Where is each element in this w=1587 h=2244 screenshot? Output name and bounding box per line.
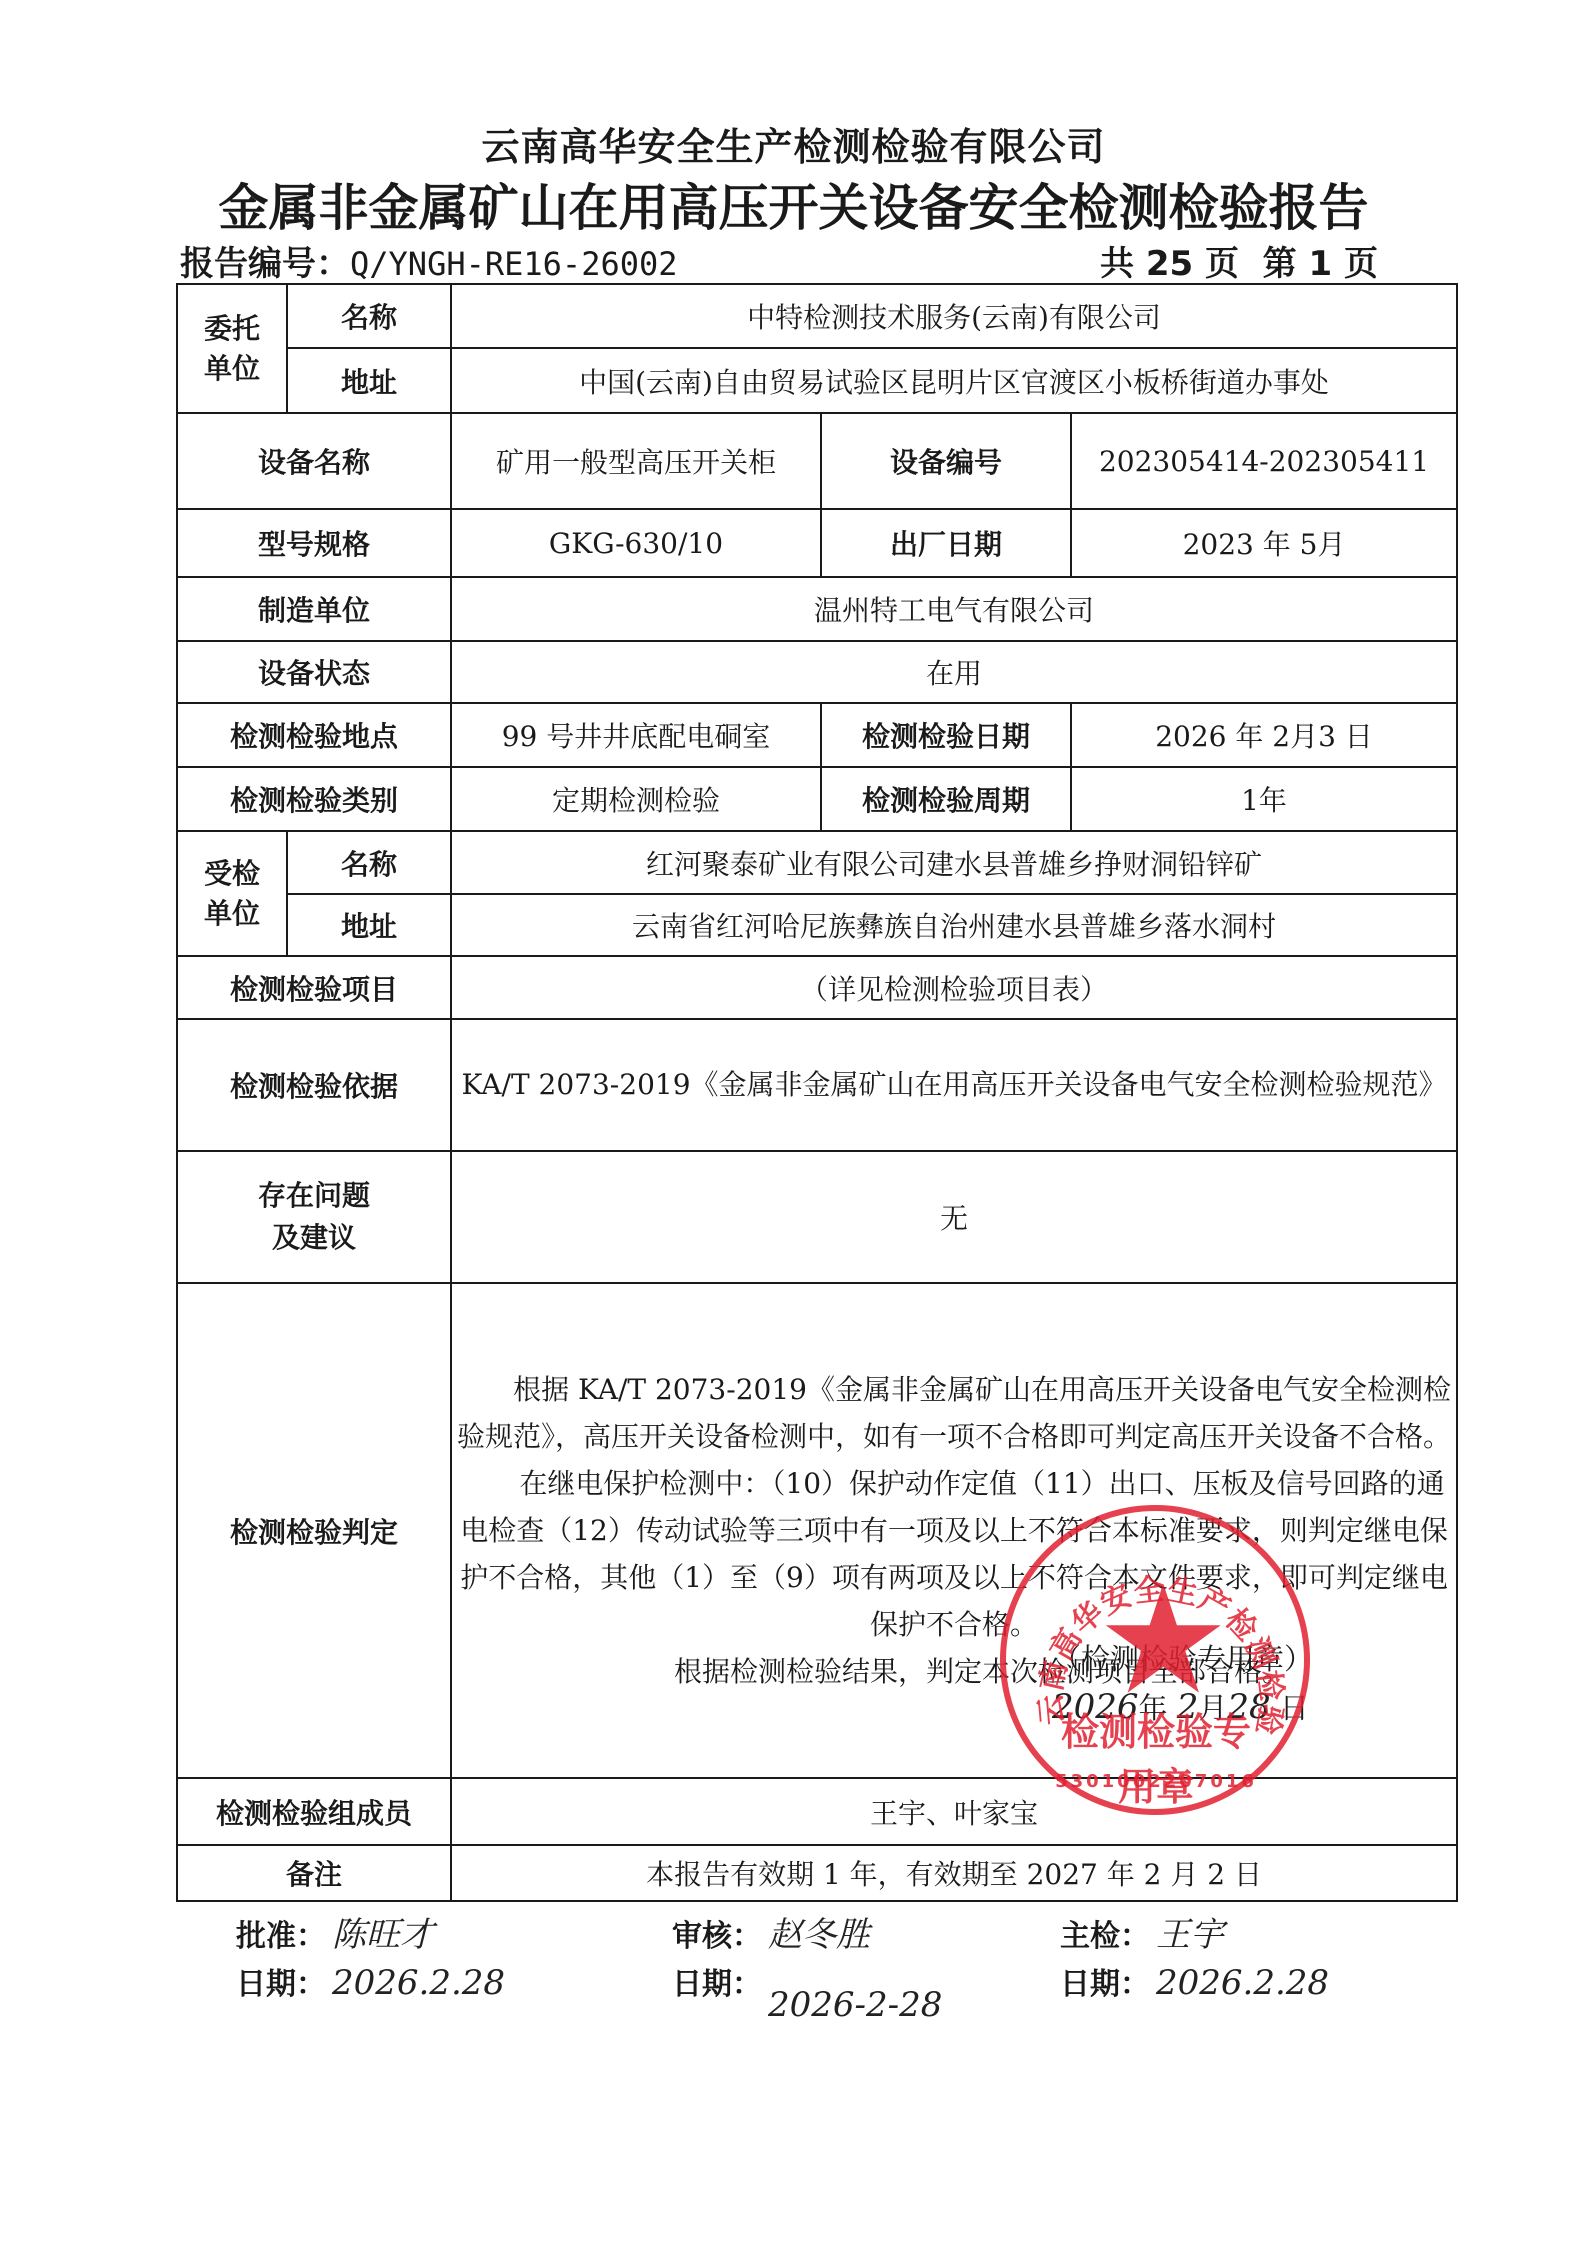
client-name: 中特检测技术服务(云南)有限公司 [451,284,1457,348]
items-label: 检测检验项目 [177,956,451,1019]
problems-value: 无 [451,1151,1457,1283]
inspected-address: 云南省红河哈尼族彝族自治州建水县普雄乡落水洞村 [451,894,1457,956]
items-value: （详见检测检验项目表） [451,956,1457,1019]
report-number-value: Q/YNGH-RE16-26002 [350,245,678,283]
page-indicator: 共 25 页 第 1 页 [1100,236,1378,285]
team-members: 王宇、叶家宝 [451,1778,1457,1845]
inspector-date-label: 日期： [1060,1967,1150,2002]
model-value: GKG-630/10 [451,509,821,577]
remarks-value: 本报告有效期 1 年，有效期至 2027 年 2 月 2 日 [451,1845,1457,1901]
inspected-name-label: 名称 [287,831,451,894]
judgment-row: 检测检验判定 根据 KA/T 2073-2019《金属非金属矿山在用高压开关设备… [177,1283,1457,1778]
inspection-location: 99 号井井底配电硐室 [451,703,821,767]
items-row: 检测检验项目 （详见检测检验项目表） [177,956,1457,1019]
inspection-type-label: 检测检验类别 [177,767,451,831]
client-name-row: 委托单位 名称 中特检测技术服务(云南)有限公司 [177,284,1457,348]
equipment-name-label: 设备名称 [177,413,451,509]
type-row: 检测检验类别 定期检测检验 检测检验周期 1年 [177,767,1457,831]
judgment-paragraph-1: 根据 KA/T 2073-2019《金属非金属矿山在用高压开关设备电气安全检测检… [452,1366,1456,1460]
basis-label: 检测检验依据 [177,1019,451,1151]
approve-date: 2026.2.28 [332,1963,505,2003]
client-address-row: 地址 中国(云南)自由贸易试验区昆明片区官渡区小板桥街道办事处 [177,348,1457,413]
team-label: 检测检验组成员 [177,1778,451,1845]
report-title: 金属非金属矿山在用高压开关设备安全检测检验报告 [0,168,1587,240]
review-date: 2026-2-28 [768,1985,942,2025]
inspected-address-label: 地址 [287,894,451,956]
model-label: 型号规格 [177,509,451,577]
inspector-signature-block: 主检：王宇 日期：2026.2.28 [1060,1912,1329,2008]
basis-row: 检测检验依据 KA/T 2073-2019《金属非金属矿山在用高压开关设备电气安… [177,1019,1457,1151]
inspector-signature: 王宇 [1156,1915,1224,1955]
manufacturer: 温州特工电气有限公司 [451,577,1457,641]
inspected-address-row: 地址 云南省红河哈尼族彝族自治州建水县普雄乡落水洞村 [177,894,1457,956]
inspector-date: 2026.2.28 [1156,1963,1329,2003]
report-number: 报告编号：Q/YNGH-RE16-26002 [180,236,678,285]
client-group-label: 委托单位 [177,284,287,413]
review-signature-block: 审核：赵冬胜 日期：2026-2-28 [672,1912,942,2008]
team-row: 检测检验组成员 王宇、叶家宝 [177,1778,1457,1845]
manufacturer-row: 制造单位 温州特工电气有限公司 [177,577,1457,641]
problems-label: 存在问题及建议 [177,1151,451,1283]
company-name: 云南高华安全生产检测检验有限公司 [0,116,1587,171]
approve-label: 批准： [236,1919,326,1954]
inspection-period-label: 检测检验周期 [821,767,1071,831]
problems-row: 存在问题及建议 无 [177,1151,1457,1283]
model-row: 型号规格 GKG-630/10 出厂日期 2023 年 5月 [177,509,1457,577]
location-label: 检测检验地点 [177,703,451,767]
report-table: 委托单位 名称 中特检测技术服务(云南)有限公司 地址 中国(云南)自由贸易试验… [176,283,1458,1902]
inspected-name-row: 受检单位 名称 红河聚泰矿业有限公司建水县普雄乡挣财洞铅锌矿 [177,831,1457,894]
client-address-label: 地址 [287,348,451,413]
approve-signature-block: 批准：陈旺才 日期：2026.2.28 [236,1912,505,2008]
stamp-date-day: 28 [1227,1687,1270,1727]
inspection-date-label: 检测检验日期 [821,703,1071,767]
inspection-type: 定期检测检验 [451,767,821,831]
approve-date-label: 日期： [236,1967,326,2002]
stamp-note: （检测检验专用章） [1052,1636,1313,1683]
inspection-date: 2026 年 2月3 日 [1071,703,1457,767]
factory-date: 2023 年 5月 [1071,509,1457,577]
judgment-paragraph-2: 在继电保护检测中：（10）保护动作定值（11）出口、压板及信号回路的通电检查（1… [452,1460,1456,1648]
review-signature: 赵冬胜 [768,1915,870,1955]
inspected-group-label: 受检单位 [177,831,287,956]
basis-value: KA/T 2073-2019《金属非金属矿山在用高压开关设备电气安全检测检验规范… [451,1019,1457,1151]
report-number-label: 报告编号： [180,244,350,284]
inspector-label: 主检： [1060,1919,1150,1954]
equipment-name: 矿用一般型高压开关柜 [451,413,821,509]
location-row: 检测检验地点 99 号井井底配电硐室 检测检验日期 2026 年 2月3 日 [177,703,1457,767]
approve-signature: 陈旺才 [332,1915,434,1955]
manufacturer-label: 制造单位 [177,577,451,641]
inspected-name: 红河聚泰矿业有限公司建水县普雄乡挣财洞铅锌矿 [451,831,1457,894]
review-label: 审核： [672,1919,762,1954]
judgment-text: 根据 KA/T 2073-2019《金属非金属矿山在用高压开关设备电气安全检测检… [451,1283,1457,1778]
stamp-date-year: 2026 [1052,1687,1139,1727]
remarks-label: 备注 [177,1845,451,1901]
status-label: 设备状态 [177,641,451,703]
stamp-date: 2026年 2月28 日 [1052,1684,1309,1732]
review-date-label: 日期： [672,1967,762,2002]
equipment-name-row: 设备名称 矿用一般型高压开关柜 设备编号 202305414-202305411 [177,413,1457,509]
factory-date-label: 出厂日期 [821,509,1071,577]
stamp-date-month: 2 [1177,1687,1199,1727]
remarks-row: 备注 本报告有效期 1 年，有效期至 2027 年 2 月 2 日 [177,1845,1457,1901]
status-row: 设备状态 在用 [177,641,1457,703]
judgment-label: 检测检验判定 [177,1283,451,1778]
client-name-label: 名称 [287,284,451,348]
client-address: 中国(云南)自由贸易试验区昆明片区官渡区小板桥街道办事处 [451,348,1457,413]
equipment-number-label: 设备编号 [821,413,1071,509]
equipment-status: 在用 [451,641,1457,703]
inspection-period: 1年 [1071,767,1457,831]
equipment-number: 202305414-202305411 [1071,413,1457,509]
